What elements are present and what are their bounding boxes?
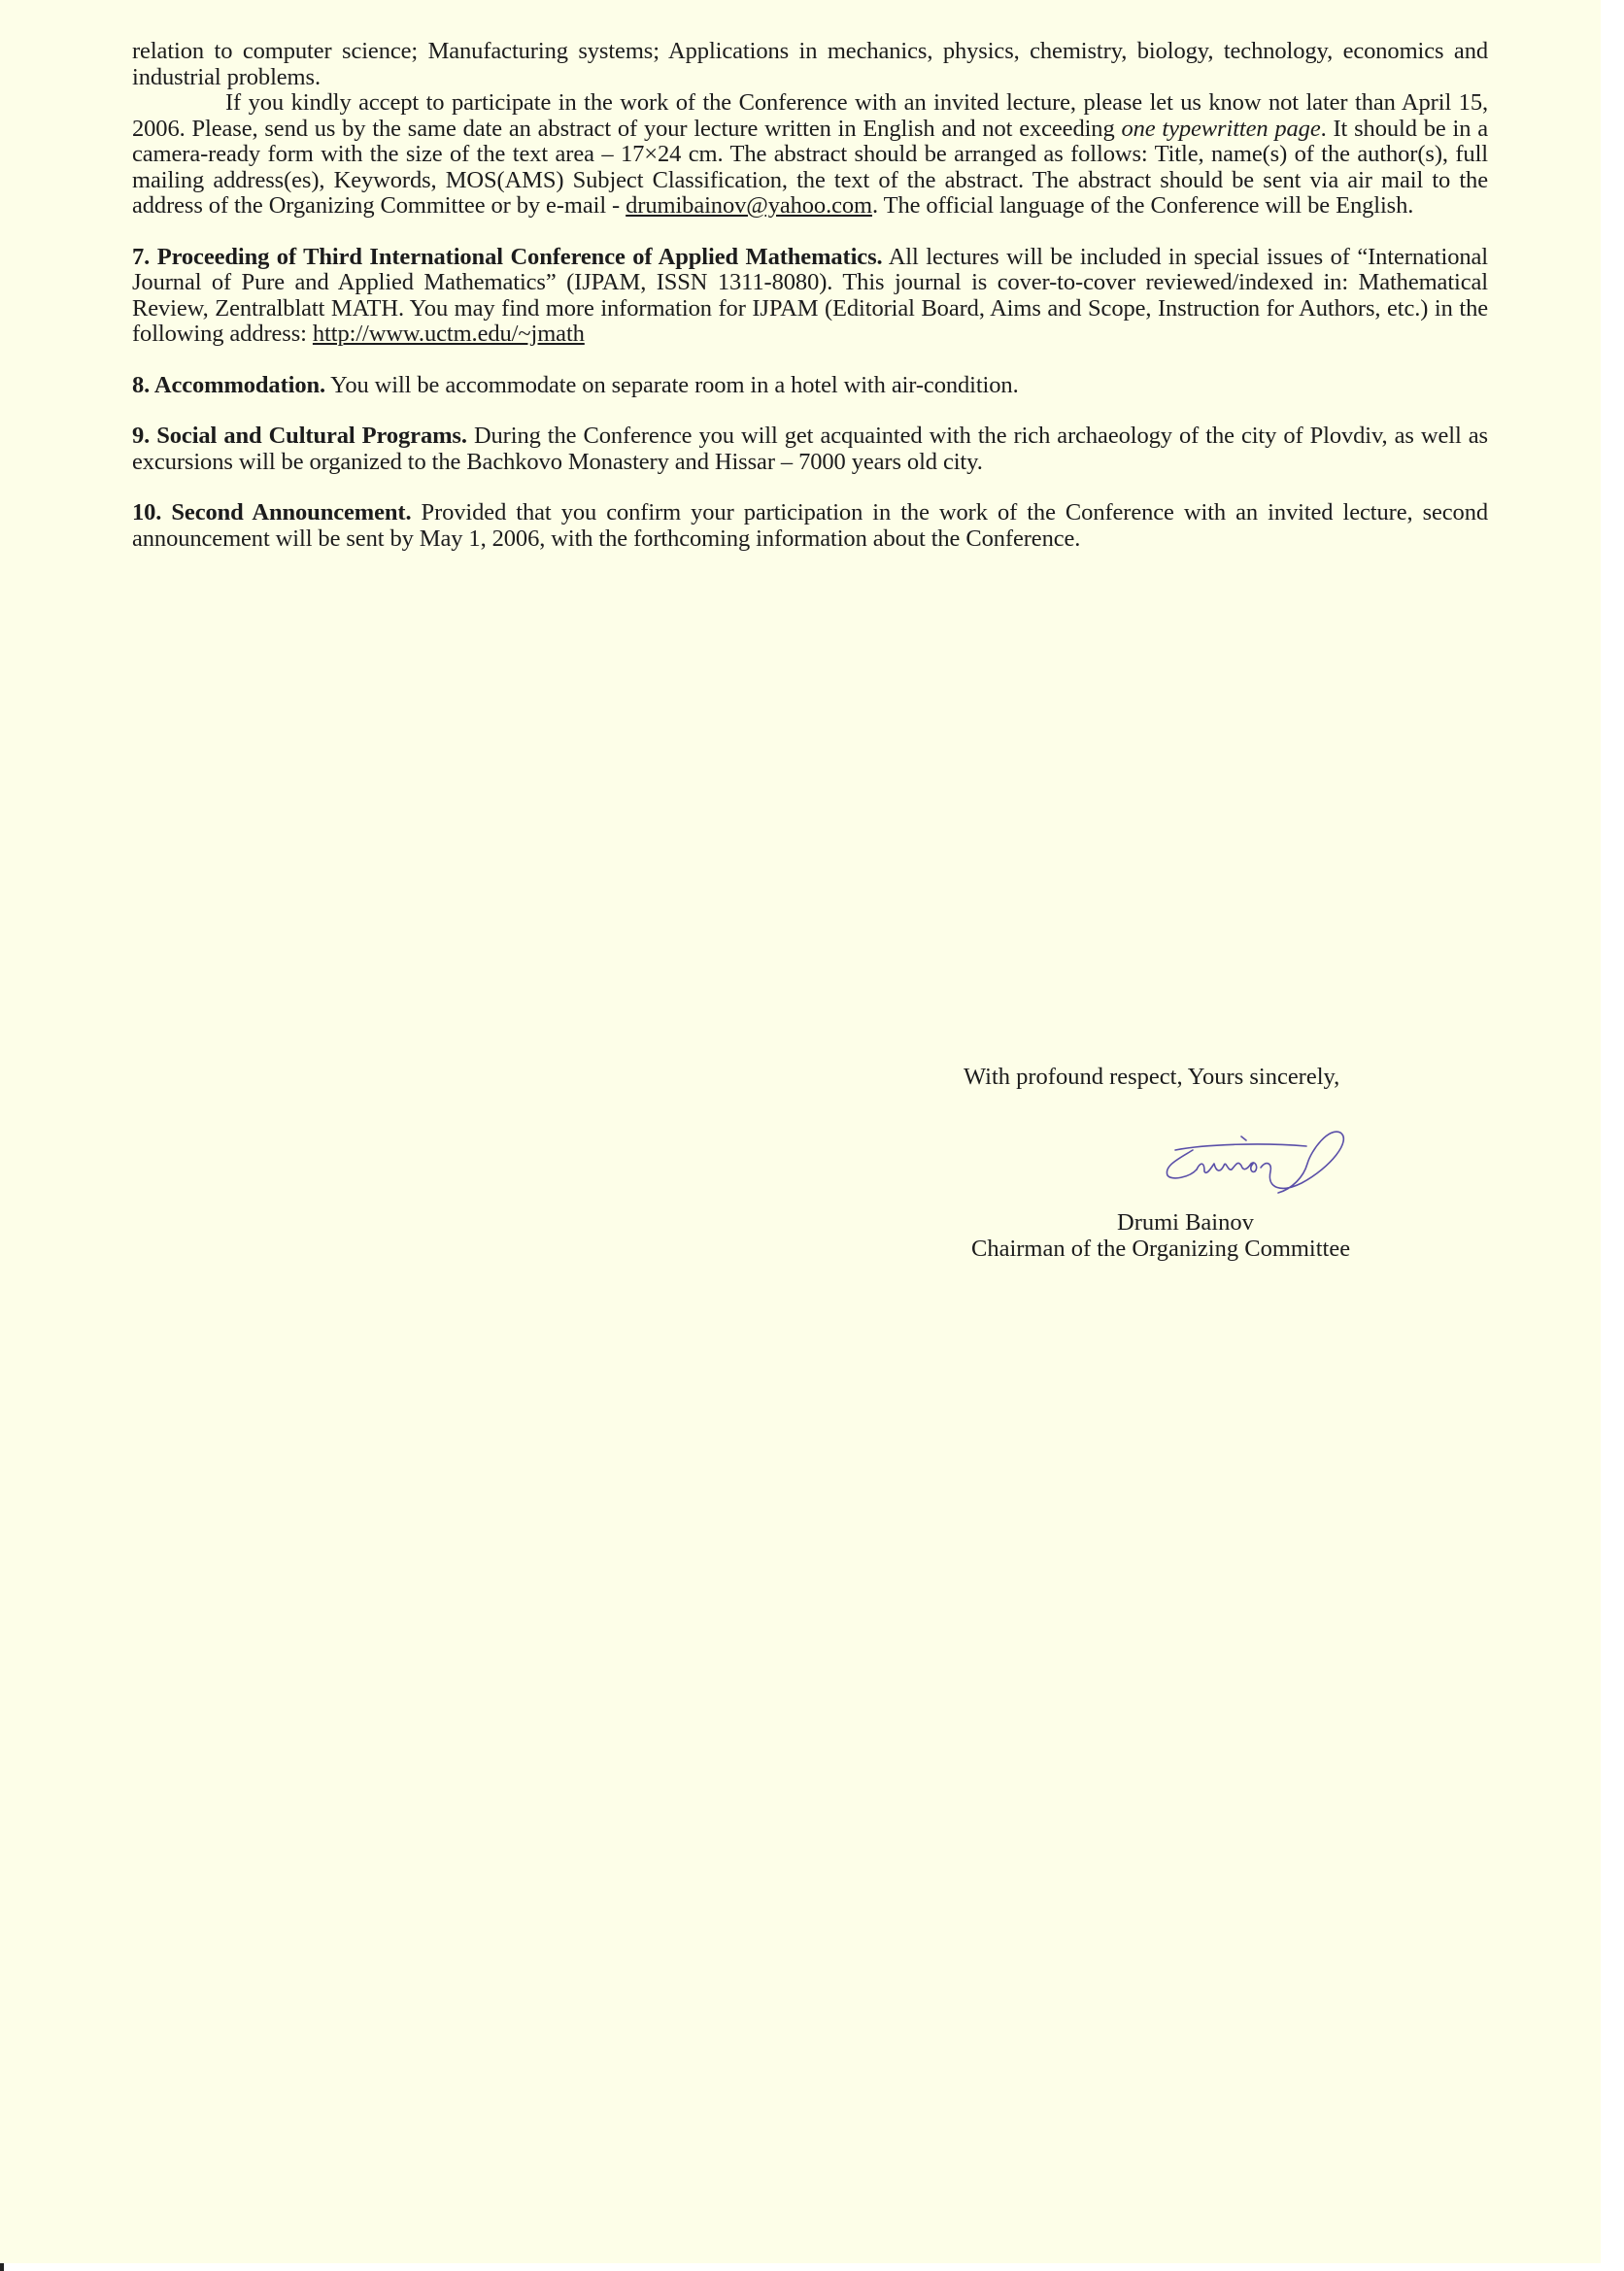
invited-text-part3: . The official language of the Conferenc… [872, 192, 1413, 219]
email-link[interactable]: drumibainov@yahoo.com [626, 192, 872, 219]
closing-salutation: With profound respect, Yours sincerely, [964, 1065, 1339, 1091]
signature-icon [1136, 1121, 1370, 1199]
section-text: You will be accommodate on separate room… [325, 372, 1019, 398]
intro-text: relation to computer science; Manufactur… [132, 38, 1488, 90]
signatory-title: Chairman of the Organizing Committee [971, 1237, 1350, 1263]
intro-paragraph: relation to computer science; Manufactur… [132, 39, 1488, 90]
journal-link[interactable]: http://www.uctm.edu/~jmath [313, 321, 585, 347]
scan-edge-mark [0, 2263, 4, 2271]
letter-body: relation to computer science; Manufactur… [132, 39, 1488, 552]
signatory-name: Drumi Bainov [1117, 1210, 1254, 1237]
invited-text-italic: one typewritten page [1121, 116, 1320, 142]
section-heading: 9. Social and Cultural Programs. [132, 423, 467, 449]
document-page: relation to computer science; Manufactur… [0, 0, 1601, 2263]
section-heading: 8. Accommodation. [132, 372, 325, 398]
section-social-programs: 9. Social and Cultural Programs. During … [132, 424, 1488, 475]
section-heading: 10. Second Announcement. [132, 499, 411, 525]
section-proceedings: 7. Proceeding of Third International Con… [132, 245, 1488, 348]
section-accommodation: 8. Accommodation. You will be accommodat… [132, 373, 1488, 399]
section-heading: 7. Proceeding of Third International Con… [132, 244, 883, 270]
section-second-announcement: 10. Second Announcement. Provided that y… [132, 500, 1488, 552]
invited-lecture-paragraph: If you kindly accept to participate in t… [132, 90, 1488, 220]
